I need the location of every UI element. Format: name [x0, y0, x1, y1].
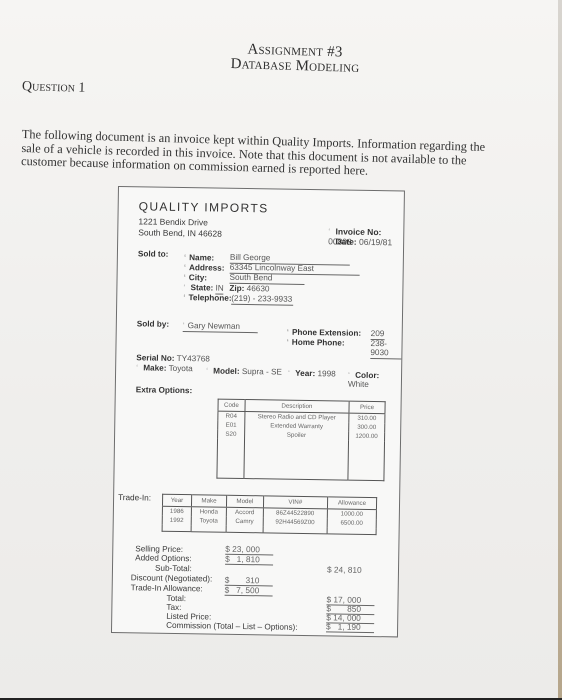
- company-address-line2: South Bend, IN 46628: [138, 227, 222, 238]
- total-label: Total:: [166, 594, 186, 603]
- added-options: $ 1, 810: [225, 554, 273, 566]
- trade-in-label: Trade-In:: [118, 493, 151, 503]
- invoice-date-value: 06/19/81: [359, 237, 392, 248]
- table-cell: [217, 439, 244, 479]
- table-cell: [162, 525, 191, 532]
- vehicle-color-label: Color:: [355, 371, 379, 380]
- trade-in-table: YearMakeModelVIN#Allowance 1986HondaAcco…: [162, 494, 378, 535]
- intro-paragraph: The following document is an invoice kep…: [21, 128, 502, 182]
- trade-in-column-header: Year: [162, 494, 191, 506]
- customer-city-label: City:: [183, 273, 207, 282]
- added-options-label: Added Options:: [135, 553, 192, 563]
- vehicle-color: Color: White: [348, 371, 401, 390]
- sold-by-label: Sold by:: [137, 319, 169, 329]
- trade-in-allowance-label: Trade-In Allowance:: [131, 583, 203, 593]
- vehicle-color-value: White: [348, 380, 369, 389]
- trade-in-allowance: $ 7, 500: [225, 585, 273, 597]
- extra-options-column-header: Price: [349, 401, 385, 414]
- invoice-date: Date: 06/19/81: [328, 236, 392, 247]
- trade-in-column-header: VIN#: [263, 496, 328, 509]
- trade-in-column-header: Make: [191, 495, 226, 508]
- sold-to-label: Sold to:: [138, 249, 169, 258]
- table-cell: [244, 439, 349, 480]
- home-phone: 238-9030: [370, 339, 401, 359]
- serial-number-value: TY43768: [177, 354, 210, 364]
- table-cell: [327, 527, 376, 534]
- subtotal-label: Sub-Total:: [155, 564, 192, 574]
- extra-options-label: Extra Options:: [136, 385, 193, 395]
- extra-options-column-header: Code: [218, 399, 245, 411]
- table-cell: S20: [218, 430, 245, 439]
- table-cell: [263, 526, 327, 534]
- serial-number: Serial No: TY43768: [136, 353, 210, 363]
- invoice-date-label: Date:: [335, 236, 356, 246]
- trade-in-column-header: Model: [226, 495, 263, 508]
- vehicle-make-label: Make:: [143, 363, 166, 372]
- table-cell: [191, 525, 226, 532]
- vehicle-year-value: 1998: [317, 369, 335, 378]
- table-cell: 310.00: [349, 413, 385, 423]
- table-cell: 1986: [162, 506, 191, 516]
- customer-telephone-label: Telephone:: [183, 293, 231, 303]
- table-cell: [348, 441, 385, 481]
- vehicle-year: Year: 1998: [288, 369, 336, 379]
- document-page: Assignment #3 Database Modeling Question…: [0, 0, 562, 700]
- customer-zip-label: Zip:: [229, 284, 244, 293]
- company-address-line1: 1221 Bendix Drive: [138, 216, 208, 227]
- table-cell: E01: [218, 421, 245, 430]
- table-cell: Honda: [191, 507, 226, 517]
- customer-telephone: (219) - 233-9933: [231, 294, 293, 306]
- customer-state-label: State:: [190, 283, 213, 292]
- customer-address-label: Address:: [184, 263, 225, 273]
- vehicle-model: Model: Supra - SE: [206, 366, 282, 376]
- table-cell: R04: [218, 411, 245, 421]
- extra-options-body: R04Stereo Radio and CD Player310.00E01Ex…: [217, 411, 385, 481]
- vehicle-model-label: Model:: [213, 367, 240, 376]
- customer-state: State: IN: [183, 283, 223, 293]
- salesperson-name: Gary Newman: [183, 321, 258, 333]
- question-heading: Question 1: [22, 79, 86, 97]
- customer-name-label: Name:: [184, 253, 214, 262]
- table-filler-row: [217, 439, 385, 481]
- table-cell: Accord: [226, 507, 263, 517]
- vehicle-model-value: Supra - SE: [242, 367, 282, 377]
- vehicle-year-label: Year:: [295, 369, 315, 378]
- extra-options-table: CodeDescriptionPrice R04Stereo Radio and…: [216, 399, 385, 482]
- customer-zip: Zip: 46630: [229, 284, 269, 294]
- subtotal: $ 24, 810: [327, 564, 375, 575]
- trade-in-column-header: Allowance: [327, 497, 376, 510]
- tax-label: Tax:: [166, 603, 181, 612]
- company-name: QUALITY IMPORTS: [139, 199, 269, 215]
- invoice-form: QUALITY IMPORTS 1221 Bendix Drive South …: [111, 186, 405, 637]
- commission-label: Commission (Total – List – Options):: [166, 621, 298, 632]
- table-cell: [226, 526, 263, 533]
- vehicle-make: Make: Toyota: [136, 363, 193, 373]
- home-phone-label: Home Phone:: [286, 338, 344, 348]
- serial-number-label: Serial No:: [136, 353, 174, 363]
- table-cell: 1992: [162, 516, 191, 525]
- commission: $ 1, 190: [326, 621, 374, 633]
- vehicle-make-value: Toyota: [169, 364, 193, 373]
- customer-zip-value: 46630: [247, 284, 270, 293]
- trade-in-body: 1986HondaAccord86Z445228901000.001992Toy…: [162, 506, 376, 534]
- page-edge: [558, 0, 562, 700]
- phone-extension-label: Phone Extension:: [287, 328, 362, 338]
- discount-label: Discount (Negotiated):: [131, 573, 213, 583]
